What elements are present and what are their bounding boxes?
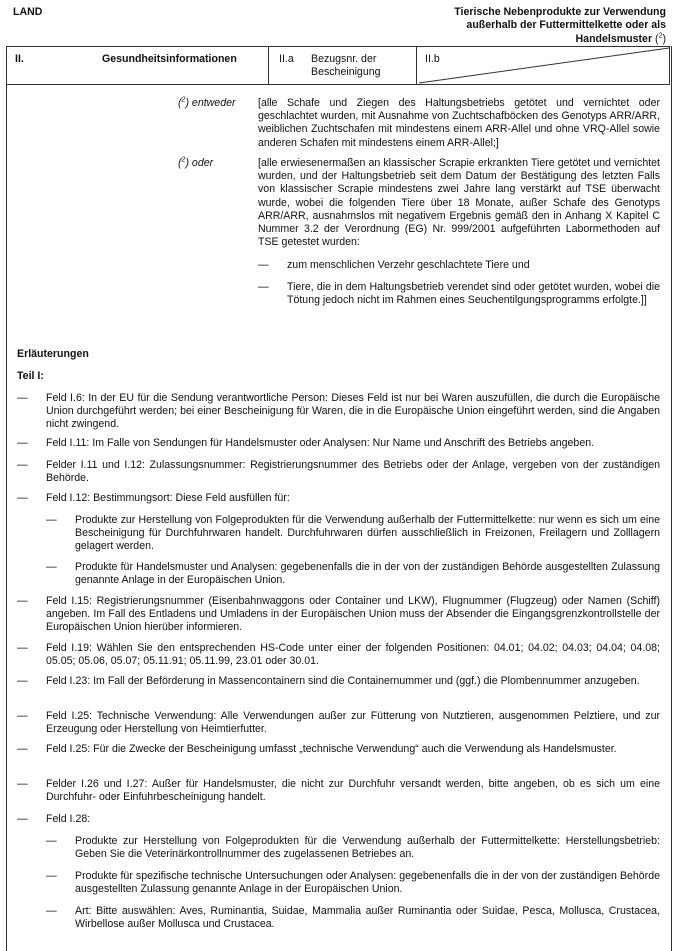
dash-bullet: — (17, 710, 28, 723)
note-item: Feld I.23: Im Fall der Beförderung in Ma… (46, 675, 660, 688)
option-text-oder: [alle erwiesenermaßen an klassischer Scr… (258, 157, 660, 249)
footnote-ref: (2) (178, 157, 189, 169)
dash-bullet: — (17, 642, 28, 655)
notes-heading: Erläuterungen (17, 348, 89, 361)
dash-bullet: — (46, 905, 57, 918)
note-subitem: Art: Bitte auswählen: Aves, Ruminantia, … (75, 905, 660, 931)
option-subitem: Tiere, die in dem Haltungsbetrieb verend… (287, 281, 660, 307)
dash-bullet: — (17, 813, 28, 826)
note-item: Feld I.11: Im Falle von Sendungen für Ha… (46, 437, 660, 450)
footnote-ref: (2) (655, 33, 666, 45)
reference-number-label: II.a (279, 53, 294, 66)
dash-bullet: — (46, 561, 57, 574)
section-number: II. (15, 53, 24, 90)
certificate-title: Tierische Nebenprodukte zur Verwendung a… (454, 6, 666, 46)
note-item: Feld I.25: Für die Zwecke der Bescheinig… (46, 743, 660, 756)
dash-bullet: — (17, 459, 28, 472)
dash-bullet: — (17, 675, 28, 688)
footnote-ref: (2) (178, 97, 189, 109)
option-keyword: oder (192, 157, 213, 169)
section-title: Gesundheitsinformationen (102, 53, 237, 90)
dash-bullet: — (17, 778, 28, 791)
dash-bullet: — (46, 835, 57, 848)
dash-bullet: — (46, 870, 57, 883)
certificate-title-line: außerhalb der Futtermittelkette oder als (454, 19, 666, 32)
page-header: LAND Tierische Nebenprodukte zur Verwend… (0, 0, 678, 46)
diagonal-strike-line (417, 47, 671, 84)
note-subitem: Produkte für Handelsmuster und Analysen:… (75, 561, 660, 587)
note-item: Feld I.28: (46, 813, 660, 826)
dash-bullet: — (17, 392, 28, 405)
certificate-title-line: Tierische Nebenprodukte zur Verwendung (454, 6, 666, 19)
certificate-title-line: Handelsmuster (576, 33, 653, 45)
option-marker-oder: (2) oder (178, 157, 213, 170)
country-label: LAND (13, 6, 42, 19)
reference-number-cell: II.a Bezugsnr. der Bescheinigung (268, 47, 417, 84)
note-subitem: Produkte zur Herstellung von Folgeproduk… (75, 514, 660, 554)
note-item: Felder I.11 und I.12: Zulassungsnummer: … (46, 459, 660, 485)
note-item: Feld I.19: Wählen Sie den entsprechenden… (46, 642, 660, 668)
dash-bullet: — (17, 492, 28, 505)
note-subitem: Produkte für spezifische technische Unte… (75, 870, 660, 896)
note-item: Feld I.12: Bestimmungsort: Diese Feld au… (46, 492, 660, 505)
dash-bullet: — (17, 743, 28, 756)
option-keyword: entweder (192, 97, 236, 109)
dash-bullet: — (258, 281, 269, 294)
section-header-row: II. Gesundheitsinformationen II.a Bezugs… (6, 46, 670, 85)
option-subitem: zum menschlichen Verzehr geschlachtete T… (287, 259, 660, 272)
note-item: Feld I.6: In der EU für die Sendung vera… (46, 392, 660, 432)
note-item: Felder I.26 und I.27: Außer für Handelsm… (46, 778, 660, 804)
option-text-entweder: [alle Schafe und Ziegen des Haltungsbetr… (258, 97, 660, 150)
dash-bullet: — (17, 437, 28, 450)
dash-bullet: — (17, 595, 28, 608)
dash-bullet: — (258, 259, 269, 272)
note-item: Feld I.15: Registrierungsnummer (Eisenba… (46, 595, 660, 635)
dash-bullet: — (46, 514, 57, 527)
iib-cell: II.b (416, 47, 671, 84)
note-item: Feld I.25: Technische Verwendung: Alle V… (46, 710, 660, 736)
notes-part-heading: Teil I: (17, 370, 44, 383)
note-subitem: Produkte zur Herstellung von Folgeproduk… (75, 835, 660, 861)
option-marker-entweder: (2) entweder (178, 97, 236, 110)
reference-number-text: Bezugsnr. der Bescheinigung (311, 53, 411, 79)
